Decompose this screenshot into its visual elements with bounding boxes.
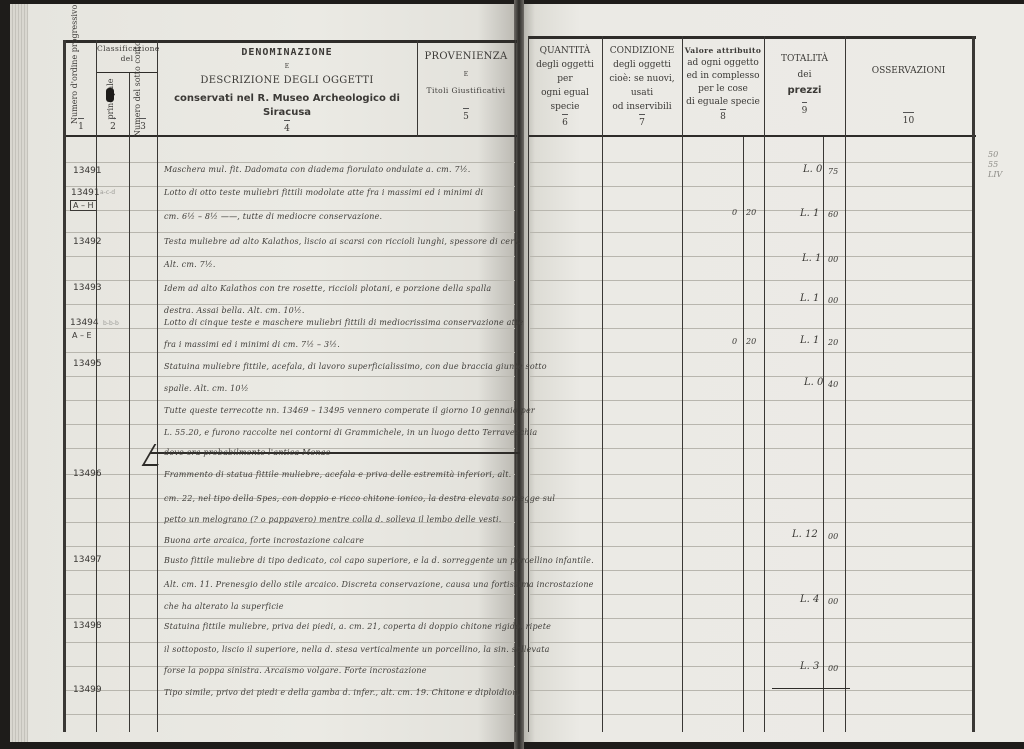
entry-id: 13491	[71, 188, 100, 198]
unit-value-cent: 20	[746, 208, 756, 217]
total-cent: 00	[828, 664, 838, 673]
total-lire: L. 3	[800, 661, 819, 672]
page-edges	[10, 4, 28, 742]
entry-id: 13497	[73, 555, 102, 565]
entry-description: cm. 22, nel tipo della Spes, con doppio …	[164, 494, 555, 503]
ink-blot	[106, 88, 114, 102]
entry-id: 13491	[73, 166, 102, 176]
total-cent: 60	[828, 210, 838, 219]
unit-value-lire: 0	[732, 337, 737, 346]
total-lire: L. 1	[800, 208, 819, 219]
unit-value-lire: 0	[732, 208, 737, 217]
column-header-condizione: CONDIZIONE degli oggetti cioè: se nuovi,…	[602, 44, 682, 130]
acquisition-note: dove era probabilmente l'antica Menae	[164, 448, 331, 457]
entry-description: Alt. cm. 7½.	[164, 260, 216, 269]
total-cent: 20	[828, 338, 838, 347]
entry-description: cm. 6½ – 8½ ——, tutte di mediocre conser…	[164, 212, 382, 221]
entry-description: Statuina fittile muliebre, priva dei pie…	[164, 622, 551, 631]
column-header-denominazione: DENOMINAZIONE E DESCRIZIONE DEGLI OGGETT…	[157, 46, 417, 136]
total-cent: 00	[828, 255, 838, 264]
column-header-quantita: QUANTITÀ degli oggetti per ogni egual sp…	[528, 44, 602, 130]
entry-sub-range: A – H	[70, 200, 97, 211]
entry-marginal: a-c-d	[100, 189, 115, 196]
entry-description: Busto fittile muliebre di tipo dedicato,…	[164, 556, 594, 565]
column-header-provenienza: PROVENIENZA E Titoli Giustificativi 5	[417, 50, 515, 124]
entry-id: 13494	[70, 318, 99, 328]
entry-marginal: b-b-b	[103, 320, 119, 327]
total-cent: 00	[828, 532, 838, 541]
column-header-valore: Valore attribuito ad ogni oggetto ed in …	[682, 44, 764, 124]
total-lire: L. 4	[800, 594, 819, 605]
entry-id: 13499	[73, 685, 102, 695]
entry-description: il sottoposto, liscio il superiore, nell…	[164, 645, 550, 654]
entry-description: Testa muliebre ad alto Kalathos, liscio …	[164, 237, 521, 246]
entry-description: Buona arte arcaica, forte incrostazione …	[164, 536, 364, 545]
margin-pencil-note: 50 55 LIV	[988, 150, 1002, 180]
acquisition-note: Tutte queste terrecotte nn. 13469 – 1349…	[164, 406, 535, 415]
entry-description: fra i massimi ed i minimi di cm. 7½ – 3½…	[164, 340, 340, 349]
entry-id: 13492	[73, 237, 102, 247]
entry-id: 13493	[73, 283, 102, 293]
entry-description: petto un melograno (? o pappavero) mentr…	[164, 515, 501, 524]
entry-description: che ha alterato la superficie	[164, 602, 284, 611]
entry-description: Alt. cm. 11. Prenesgio dello stile arcai…	[164, 580, 594, 589]
total-cent: 75	[828, 167, 838, 176]
acquisition-note: L. 55.20, e furono raccolte nei contorni…	[164, 428, 537, 437]
total-cent: 40	[828, 380, 838, 389]
open-ledger-book: Numero d'ordine progressivo 1 Classifica…	[0, 0, 1024, 749]
total-lire: L. 0	[803, 164, 822, 175]
entry-description: forse la poppa sinistra. Arcaismo volgar…	[164, 666, 427, 675]
entry-description: destra. Assai bella. Alt. cm. 10½.	[164, 306, 305, 315]
entry-description: Frammento di statua fittile muliebre, ac…	[164, 470, 511, 479]
entry-description: Tipo simile, privo dei piedi e della gam…	[164, 688, 520, 697]
entry-id: 13496	[73, 469, 102, 479]
total-lire: L. 0	[804, 377, 823, 388]
total-lire: L. 1	[800, 293, 819, 304]
total-lire: L. 12	[792, 529, 818, 540]
entry-id: 13495	[73, 359, 102, 369]
total-lire: L. 1	[800, 335, 819, 346]
entry-description: Statuina muliebre fittile, acefala, di l…	[164, 362, 547, 371]
unit-value-cent: 20	[746, 337, 756, 346]
column-header-totalita: TOTALITÀ dei prezzi 9	[764, 52, 845, 118]
entry-description: Lotto di cinque teste e maschere muliebr…	[164, 318, 523, 327]
column-header-osservazioni: OSSERVAZIONI 10	[845, 64, 972, 128]
entry-description: Idem ad alto Kalathos con tre rosette, r…	[164, 284, 491, 293]
entry-id: 13498	[73, 621, 102, 631]
total-cent: 00	[828, 296, 838, 305]
entry-description: Maschera mul. fit. Dadomata con diadema …	[164, 165, 470, 174]
total-cent: 00	[828, 597, 838, 606]
entry-description: Lotto di otto teste muliebri fittili mod…	[164, 188, 483, 197]
total-lire: L. 1	[802, 253, 821, 264]
entry-description: spalle. Alt. cm. 10½	[164, 384, 249, 393]
entry-sub-range: A – E	[72, 331, 92, 340]
